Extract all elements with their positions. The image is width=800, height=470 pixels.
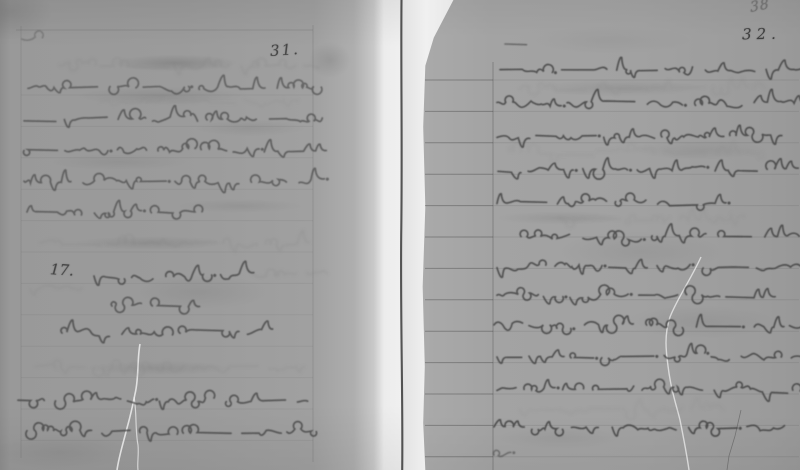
handwriting-line xyxy=(24,106,322,128)
section-number: 17. xyxy=(49,260,74,280)
handwriting-line xyxy=(22,31,43,40)
handwriting-line xyxy=(23,139,326,157)
ruled-lines-right-margin xyxy=(425,80,493,457)
handwriting-line xyxy=(520,398,724,420)
handwriting-line xyxy=(498,158,798,179)
handwriting-line xyxy=(497,285,775,305)
manuscript-scan: 38 31. 32. 17. xyxy=(0,0,800,470)
handwriting-line xyxy=(18,390,308,409)
handwriting-line xyxy=(509,140,764,161)
handwriting-line xyxy=(94,261,254,285)
handwriting-line xyxy=(494,315,800,336)
handwriting-line xyxy=(27,200,203,219)
handwriting-right-page xyxy=(494,57,800,436)
left-page-number: 31. xyxy=(269,40,300,60)
handwriting-line xyxy=(497,125,782,147)
handwriting-line xyxy=(500,57,800,79)
handwriting-line xyxy=(60,58,318,75)
handwriting-line xyxy=(497,193,730,210)
handwriting-left-page xyxy=(18,75,328,441)
handwriting-line xyxy=(61,320,273,343)
handwriting-line xyxy=(30,285,82,295)
handwriting-line xyxy=(111,297,199,314)
handwriting-line xyxy=(497,89,800,108)
right-page-number: 32. xyxy=(742,25,781,44)
handwriting-line xyxy=(493,450,514,456)
handwriting-line xyxy=(252,269,327,277)
handwriting-line xyxy=(35,360,304,377)
handwriting-line xyxy=(100,98,298,107)
scan-overlay xyxy=(0,0,800,470)
handwriting-ghost-right xyxy=(509,78,765,419)
handwriting-line xyxy=(520,78,765,95)
handwriting-line xyxy=(505,44,527,45)
handwriting-line xyxy=(26,421,317,441)
scratch-line xyxy=(727,410,741,470)
handwriting-line xyxy=(497,379,800,401)
handwriting-line xyxy=(494,420,784,436)
handwriting-line xyxy=(520,224,799,246)
handwriting-line xyxy=(560,207,744,228)
handwriting-line xyxy=(28,75,322,94)
paper-crack-left-branch xyxy=(134,397,138,470)
handwriting-line xyxy=(40,231,309,252)
gutter-fold-line xyxy=(401,0,402,470)
paper-crack-right xyxy=(666,257,701,470)
